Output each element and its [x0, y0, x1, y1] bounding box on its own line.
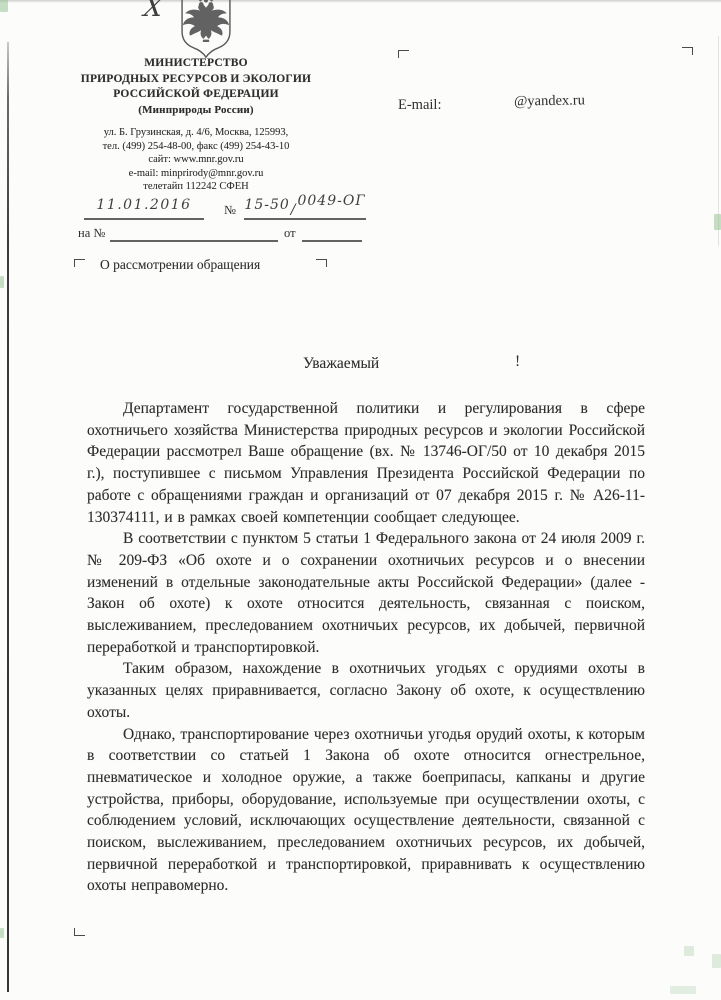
- ministry-short-name: (Минприроды России): [60, 103, 332, 119]
- green-scan-artifact: [0, 0, 8, 12]
- fold-mark-subject-right: [316, 259, 327, 267]
- handwritten-x-mark: X: [142, 0, 166, 23]
- reply-date-blank-field: [302, 222, 362, 242]
- green-scan-artifact: [712, 954, 721, 968]
- address-email: e-mail: minprirody@mnr.gov.ru: [60, 167, 332, 181]
- outgoing-date-field: 11.01.2016: [84, 196, 204, 220]
- letter-body: Департамент государственной политики и р…: [87, 398, 645, 897]
- subject-line: О рассмотрении обращения: [100, 257, 260, 273]
- body-paragraph: Таким образом, нахождение в охотничьих у…: [87, 658, 645, 723]
- address-phone-fax: тел. (499) 254-48-00, факс (499) 254-43-…: [60, 140, 332, 154]
- scan-fold-line: [7, 42, 9, 992]
- recipient-email-domain: @yandex.ru: [514, 92, 585, 110]
- number-sign-label: №: [224, 203, 236, 218]
- green-scan-artifact: [684, 946, 694, 956]
- body-paragraph: Департамент государственной политики и р…: [87, 398, 645, 528]
- scan-edge-shadow: [0, 0, 721, 3]
- address-street: ул. Б. Грузинская, д. 4/6, Москва, 12599…: [60, 126, 332, 140]
- green-scan-artifact: [714, 214, 721, 230]
- salutation-text: Уважаемый: [303, 355, 379, 373]
- green-scan-artifact: [670, 986, 696, 994]
- ministry-name-block: МИНИСТЕРСТВО ПРИРОДНЫХ РЕСУРСОВ И ЭКОЛОГ…: [60, 56, 332, 118]
- address-website: сайт: www.mnr.gov.ru: [60, 153, 332, 167]
- fold-mark-recipient-right: [682, 47, 693, 55]
- green-scan-artifact: [0, 276, 4, 288]
- body-paragraph: Однако, транспортирование через охотничь…: [87, 724, 645, 898]
- fold-mark-recipient-left: [398, 50, 409, 58]
- handwritten-number-part1: 15-50: [244, 197, 289, 213]
- fold-mark-subject-left: [74, 259, 85, 267]
- reply-from-label: от: [284, 226, 296, 241]
- recipient-email-label: E-mail:: [398, 97, 442, 114]
- green-scan-artifact: [0, 928, 4, 938]
- ministry-address-block: ул. Б. Грузинская, д. 4/6, Москва, 12599…: [60, 126, 332, 194]
- reply-to-number-label: на №: [78, 226, 105, 241]
- ministry-name-line: ПРИРОДНЫХ РЕСУРСОВ И ЭКОЛОГИИ: [60, 72, 332, 88]
- ministry-name-line: МИНИСТЕРСТВО: [60, 56, 332, 72]
- outgoing-number-field: 15-50/0049-ОГ: [244, 196, 366, 220]
- russia-coat-of-arms-icon: [166, 0, 246, 62]
- handwritten-number-part2: 0049-ОГ: [297, 193, 365, 209]
- address-teletype: телетайп 112242 СФЕН: [60, 180, 332, 194]
- scanned-letter-page: X МИНИСТЕРСТВО ПРИРОДНЫХ РЕСУРСОВ И ЭКОЛ…: [0, 0, 721, 1000]
- handwritten-number-slash: /: [291, 202, 297, 218]
- fold-mark-bottom-left: [74, 928, 85, 936]
- salutation-exclamation: !: [515, 353, 520, 371]
- ministry-name-line: РОССИЙСКОЙ ФЕДЕРАЦИИ: [60, 87, 332, 103]
- body-paragraph: В соответствии с пунктом 5 статьи 1 Феде…: [87, 528, 645, 658]
- reply-number-blank-field: [110, 222, 278, 242]
- handwritten-date: 11.01.2016: [96, 197, 191, 213]
